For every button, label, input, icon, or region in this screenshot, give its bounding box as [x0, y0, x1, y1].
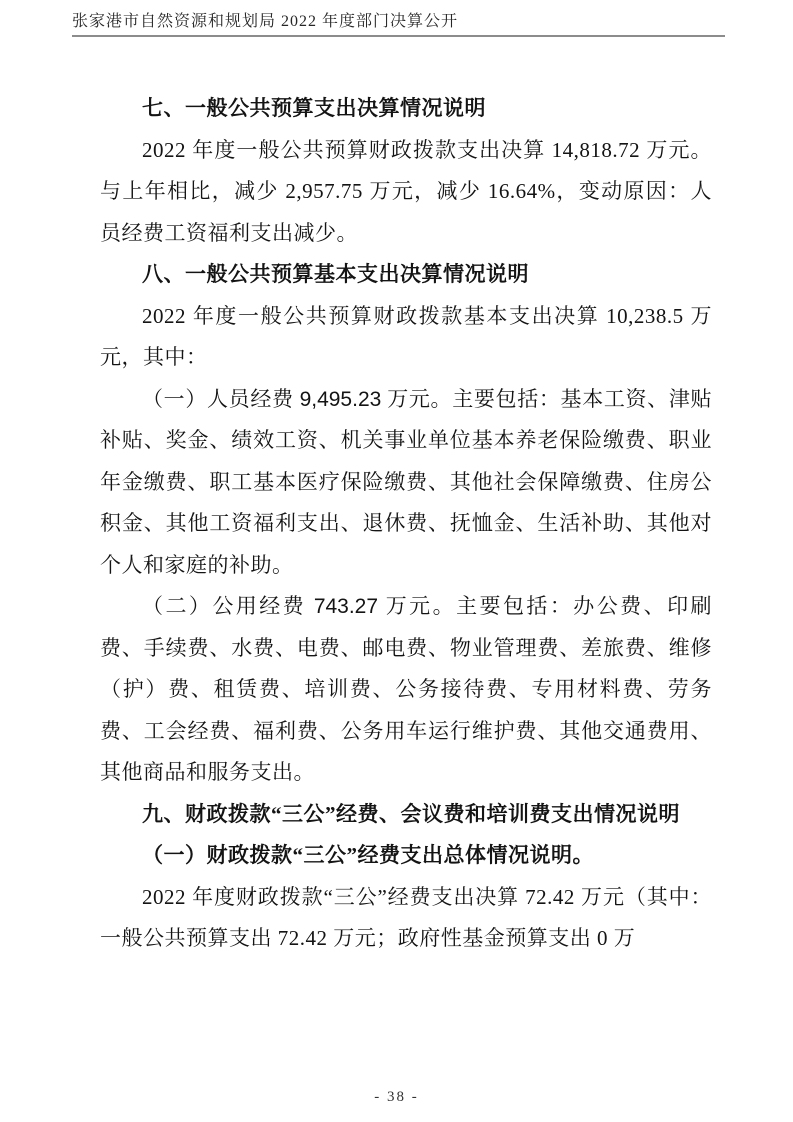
paragraph-three-public-expenditure: 2022 年度财政拨款“三公”经费支出决算 72.42 万元（其中：一般公共预算… [100, 877, 712, 960]
section-heading-9: 九、财政拨款“三公”经费、会议费和培训费支出情况说明 [100, 794, 712, 836]
public-expenses-prefix: （二）公用经费 [142, 594, 314, 618]
page-number: - 38 - [374, 1089, 419, 1105]
personnel-expenses-prefix: （一）人员经费 [142, 387, 300, 411]
document-body: 七、一般公共预算支出决算情况说明 2022 年度一般公共预算财政拨款支出决算 1… [100, 88, 712, 960]
public-expenses-amount: 743.27 [314, 595, 378, 618]
public-expenses-detail: 万元。主要包括：办公费、印刷费、手续费、水费、电费、邮电费、物业管理费、差旅费、… [100, 594, 712, 784]
page-footer: - 38 - [0, 1089, 793, 1106]
paragraph-general-budget-expenditure: 2022 年度一般公共预算财政拨款支出决算 14,818.72 万元。与上年相比… [100, 130, 712, 255]
paragraph-personnel-expenses: （一）人员经费 9,495.23 万元。主要包括：基本工资、津贴补贴、奖金、绩效… [100, 379, 712, 587]
document-page: 张家港市自然资源和规划局 2022 年度部门决算公开 七、一般公共预算支出决算情… [0, 0, 793, 1122]
header-title: 张家港市自然资源和规划局 2022 年度部门决算公开 [72, 13, 458, 30]
personnel-expenses-amount: 9,495.23 [300, 388, 382, 411]
document-header: 张家港市自然资源和规划局 2022 年度部门决算公开 [72, 8, 725, 37]
paragraph-public-expenses: （二）公用经费 743.27 万元。主要包括：办公费、印刷费、手续费、水费、电费… [100, 586, 712, 794]
section-heading-7: 七、一般公共预算支出决算情况说明 [100, 88, 712, 130]
section-heading-8: 八、一般公共预算基本支出决算情况说明 [100, 254, 712, 296]
paragraph-basic-expenditure-total: 2022 年度一般公共预算财政拨款基本支出决算 10,238.5 万元，其中： [100, 296, 712, 379]
subsection-heading-three-public-overview: （一）财政拨款“三公”经费支出总体情况说明。 [100, 835, 712, 877]
personnel-expenses-detail: 万元。主要包括：基本工资、津贴补贴、奖金、绩效工资、机关事业单位基本养老保险缴费… [100, 387, 712, 577]
